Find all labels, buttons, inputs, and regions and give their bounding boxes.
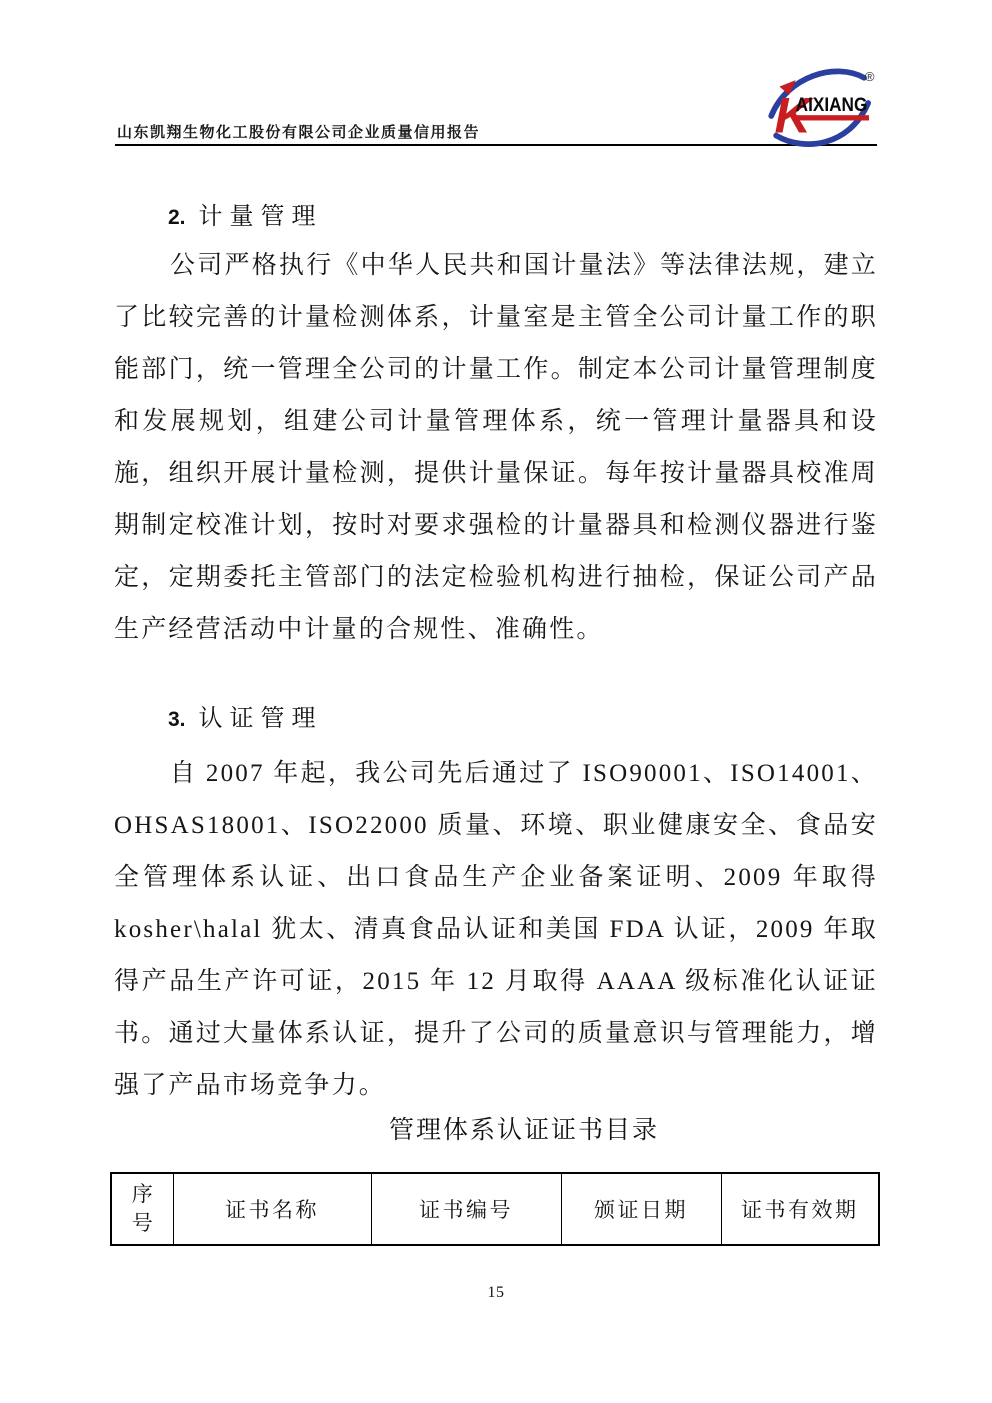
section-3-paragraph: 自 2007 年起，我公司先后通过了 ISO90001、ISO14001、OHS… [114,748,878,1112]
registered-trademark-icon: ® [865,69,875,84]
column-header-issue-date: 颁证日期 [561,1173,721,1245]
report-header-title: 山东凯翔生物化工股份有限公司企业质量信用报告 [117,121,480,142]
logo-underline-bar [794,115,869,120]
section-3-number: 3. [168,708,186,732]
section-3-title: 认证管理 [199,698,323,733]
section-3-heading: 3. 认证管理 [168,698,323,733]
kaixiang-logo-icon: K AIXIANG ® [768,62,882,148]
page-number: 15 [0,1284,992,1302]
column-header-validity: 证书有效期 [721,1173,879,1245]
section-2-number: 2. [168,206,186,230]
certificate-table-title: 管理体系认证证书目录 [114,1110,878,1146]
section-2-title: 计量管理 [199,196,323,231]
certificate-table: 序号 证书名称 证书编号 颁证日期 证书有效期 [110,1172,880,1246]
document-page: 山东凯翔生物化工股份有限公司企业质量信用报告 K AIXIANG ® 2. 计量… [0,0,992,1403]
certificate-table-header-row: 序号 证书名称 证书编号 颁证日期 证书有效期 [111,1173,879,1245]
column-header-seq-no: 序号 [111,1173,173,1245]
column-header-cert-number: 证书编号 [371,1173,561,1245]
column-header-cert-name: 证书名称 [173,1173,371,1245]
header-divider [115,144,877,146]
logo-brand-text: AIXIANG [796,94,868,116]
section-2-paragraph: 公司严格执行《中华人民共和国计量法》等法律法规，建立了比较完善的计量检测体系，计… [114,240,878,656]
section-2-heading: 2. 计量管理 [168,196,323,231]
